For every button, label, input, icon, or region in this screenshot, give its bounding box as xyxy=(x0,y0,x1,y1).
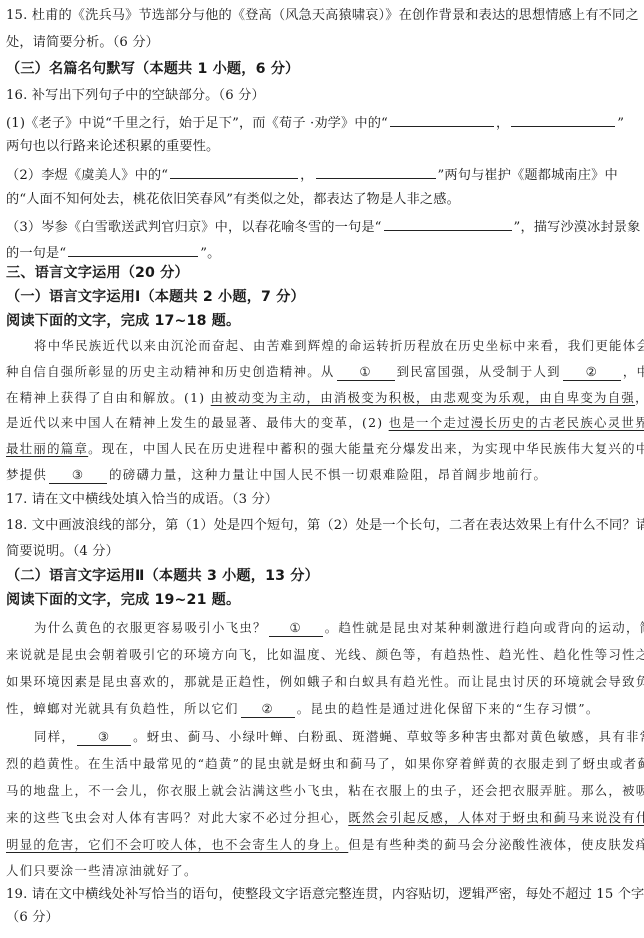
answer-blank[interactable] xyxy=(316,164,436,179)
q16-p2-sep: ， xyxy=(300,168,313,183)
question-16-part3-line2: 的一句是“”。 xyxy=(6,242,636,264)
question-16-part3: （3）岑参《白雪歌送武判官归京》中，以春花喻冬雪的一句是“”，描写沙漠冰封景象 xyxy=(6,216,636,238)
passage-text: 为什么黄色的衣服更容易吸引小飞虫？ xyxy=(34,620,267,635)
fill-blank-1[interactable]: ① xyxy=(337,364,395,381)
passage-text: 但是有些种类的蓟马会分泌酸性液体，使皮肤发痒， xyxy=(348,837,644,852)
passage-text: 。蚜虫、蓟马、小绿叶蝉、白粉虱、斑潜蝇、草蚊等多种害虫都对黄色敏感，具有非常强 xyxy=(133,729,644,744)
question-15-line1: 15. 杜甫的《洗兵马》节选部分与他的《登高（风急天高猿啸哀）》在创作背景和表达… xyxy=(6,6,636,26)
wavy-underlined-sentence-2: 也是一个走过漫长历史的古老民族心灵世界里 xyxy=(389,415,644,430)
passage1-line6: 梦提供③的磅礴力量，这种力量让中国人民不惧一切艰难险阻，昂首阔步地前行。 xyxy=(6,465,636,485)
passage-text: 同样， xyxy=(34,729,75,744)
section-heading-yuyan-1: （一）语言文字运用Ⅰ（本题共 2 小题，7 分） xyxy=(6,287,636,307)
wavy-underlined-sentence-cont: 明显的危害，它们不会叮咬人体，也不会寄生人的身上。 xyxy=(6,837,348,852)
passage-text: 性，蟑螂对光就具有负趋性，所以它们 xyxy=(6,701,239,716)
q16-p3-line2-end: ”。 xyxy=(200,246,220,261)
question-19-line1: 19. 请在文中横线处补写恰当的语句，使整段文字语意完整连贯，内容贴切，逻辑严密… xyxy=(6,885,636,905)
wavy-underlined-sentence-2-cont: 最壮丽的篇章 xyxy=(6,441,88,456)
passage2-line9: 明显的危害，它们不会叮咬人体，也不会寄生人的身上。但是有些种类的蓟马会分泌酸性液… xyxy=(6,835,636,855)
fill-blank-2[interactable]: ② xyxy=(241,701,295,718)
passage-text: 到民富国强，从受制于人到 xyxy=(397,364,561,379)
passage1-line3: 在精神上获得了自由和解放。(1) 由被动变为主动，由消极变为积极，由悲观变为乐观… xyxy=(6,388,636,408)
wavy-underlined-sentence: 既然会引起反感，人体对于蚜虫和蓟马来说没有什么 xyxy=(348,810,644,825)
question-16-stem: 16. 补写出下列句子中的空缺部分。（6 分） xyxy=(6,86,636,106)
wavy-underlined-sentence-1: 由被动变为主动，由消极变为积极，由悲观变为乐观，由自卑变为自强 xyxy=(211,390,635,405)
passage-text: ，中国人 xyxy=(623,364,644,379)
answer-blank[interactable] xyxy=(511,112,615,127)
fill-blank-2[interactable]: ② xyxy=(563,364,621,381)
question-18-line1: 18. 文中画波浪线的部分，第（1）处是四个短句，第（2）处是一个长句，二者在表… xyxy=(6,516,636,536)
answer-blank[interactable] xyxy=(68,242,198,257)
question-18-line2: 简要说明。（4 分） xyxy=(6,542,636,562)
q16-p1-end: ” xyxy=(617,116,624,131)
question-16-part1: (1)《老子》中说“千里之行，始于足下”，而《荀子 ·劝学》中的“，” xyxy=(6,112,636,134)
passage1-line1: 将中华民族近代以来由沉沦而奋起、由苦难到辉煌的命运转折历程放在历史坐标中来看，我… xyxy=(6,336,636,356)
q16-p3-line2-text: 的一句是“ xyxy=(6,246,66,261)
passage-text: 梦提供 xyxy=(6,467,47,482)
question-19-line2: （6 分） xyxy=(6,908,636,928)
passage1-line4: 是近代以来中国人在精神上发生的最显著、最伟大的变革，(2) 也是一个走过漫长历史… xyxy=(6,413,636,433)
passage1-line2: 种自信自强所彰显的历史主动精神和历史创造精神。从①到民富国强，从受制于人到②，中… xyxy=(6,362,636,382)
reading-instruction-19-21: 阅读下面的文字，完成 19~21 题。 xyxy=(6,590,636,610)
passage2-line6: 烈的趋黄性。在生活中最常见的“趋黄”的昆虫就是蚜虫和蓟马了，如果你穿着鲜黄的衣服… xyxy=(6,754,636,774)
passage2-line10: 人们只要涂一些清凉油就好了。 xyxy=(6,861,636,881)
passage2-line1: 为什么黄色的衣服更容易吸引小飞虫？①。趋性就是昆虫对某种刺激进行趋向或背向的运动… xyxy=(6,618,636,638)
passage2-line5: 同样，③。蚜虫、蓟马、小绿叶蝉、白粉虱、斑潜蝇、草蚊等多种害虫都对黄色敏感，具有… xyxy=(6,727,636,747)
passage-text: 。现在，中国人民在历史进程中蓄积的强大能量充分爆发出来，为实现中华民族伟大复兴的… xyxy=(88,441,644,456)
question-16-part2-line2: 的“人面不知何处去，桃花依旧笑春风”有类似之处，都表达了物是人非之感。 xyxy=(6,190,636,210)
passage1-line5: 最壮丽的篇章。现在，中国人民在历史进程中蓄积的强大能量充分爆发出来，为实现中华民… xyxy=(6,439,636,459)
part-3-title: 三、语言文字运用（20 分） xyxy=(6,263,636,283)
passage2-line7: 马的地盘上，不一会儿，你衣服上就会沾满这些小飞虫，粘在衣服上的虫子，还会把衣服弄… xyxy=(6,781,636,801)
question-16-part1-line2: 两句也以行路来论述积累的重要性。 xyxy=(6,137,636,157)
passage2-line8: 来的这些飞虫会对人体有害吗？对此大家不必过分担心，既然会引起反感，人体对于蚜虫和… xyxy=(6,808,636,828)
answer-blank[interactable] xyxy=(170,164,298,179)
q16-p1-text: (1)《老子》中说“千里之行，始于足下”，而《荀子 ·劝学》中的“ xyxy=(6,116,388,131)
passage2-line4: 性，蟑螂对光就具有负趋性，所以它们②。昆虫的趋性是通过进化保留下来的“生存习惯”… xyxy=(6,699,636,719)
question-15-line2: 处，请简要分析。（6 分） xyxy=(6,33,636,53)
question-17: 17. 请在文中横线处填入恰当的成语。（3 分） xyxy=(6,490,636,510)
fill-blank-3[interactable]: ③ xyxy=(49,467,107,484)
passage-text: 在精神上获得了自由和解放。(1) xyxy=(6,390,211,405)
answer-blank[interactable] xyxy=(390,112,494,127)
passage2-line2: 来说就是昆虫会朝着吸引它的环境方向飞，比如温度、光线、颜色等，有趋热性、趋光性、… xyxy=(6,645,636,665)
passage-text: 是近代以来中国人在精神上发生的最显著、最伟大的变革，(2) xyxy=(6,415,389,430)
section-heading-mingpian: （三）名篇名句默写（本题共 1 小题，6 分） xyxy=(6,59,636,79)
q16-p2-text2: ”两句与崔护《题都城南庄》中 xyxy=(438,168,618,183)
fill-blank-1[interactable]: ① xyxy=(269,620,323,637)
q16-p2-text: （2）李煜《虞美人》中的“ xyxy=(6,168,168,183)
passage-text: 的磅礴力量，这种力量让中国人民不惧一切艰难险阻，昂首阔步地前行。 xyxy=(109,467,547,482)
reading-instruction-17-18: 阅读下面的文字，完成 17~18 题。 xyxy=(6,311,636,331)
q16-p3-text: （3）岑参《白雪歌送武判官归京》中，以春花喻冬雪的一句是“ xyxy=(6,220,382,235)
passage-text: 。趋性就是昆虫对某种刺激进行趋向或背向的运动，简单 xyxy=(325,620,644,635)
passage-text: ，这 xyxy=(635,390,644,405)
answer-blank[interactable] xyxy=(384,216,512,231)
q16-p1-sep: ， xyxy=(496,116,509,131)
passage2-line3: 如果环境因素是昆虫喜欢的，那就是正趋性，例如蛾子和白蚁具有趋光性。而让昆虫讨厌的… xyxy=(6,672,636,692)
section-heading-yuyan-2: （二）语言文字运用Ⅱ（本题共 3 小题，13 分） xyxy=(6,566,636,586)
question-16-part2: （2）李煜《虞美人》中的“，”两句与崔护《题都城南庄》中 xyxy=(6,164,636,186)
passage-text: 来的这些飞虫会对人体有害吗？对此大家不必过分担心， xyxy=(6,810,348,825)
fill-blank-3[interactable]: ③ xyxy=(77,729,131,746)
q16-p3-text2: ”，描写沙漠冰封景象 xyxy=(514,220,641,235)
passage-text: 种自信自强所彰显的历史主动精神和历史创造精神。从 xyxy=(6,364,335,379)
passage-text: 。昆虫的趋性是通过进化保留下来的“生存习惯”。 xyxy=(297,701,600,716)
